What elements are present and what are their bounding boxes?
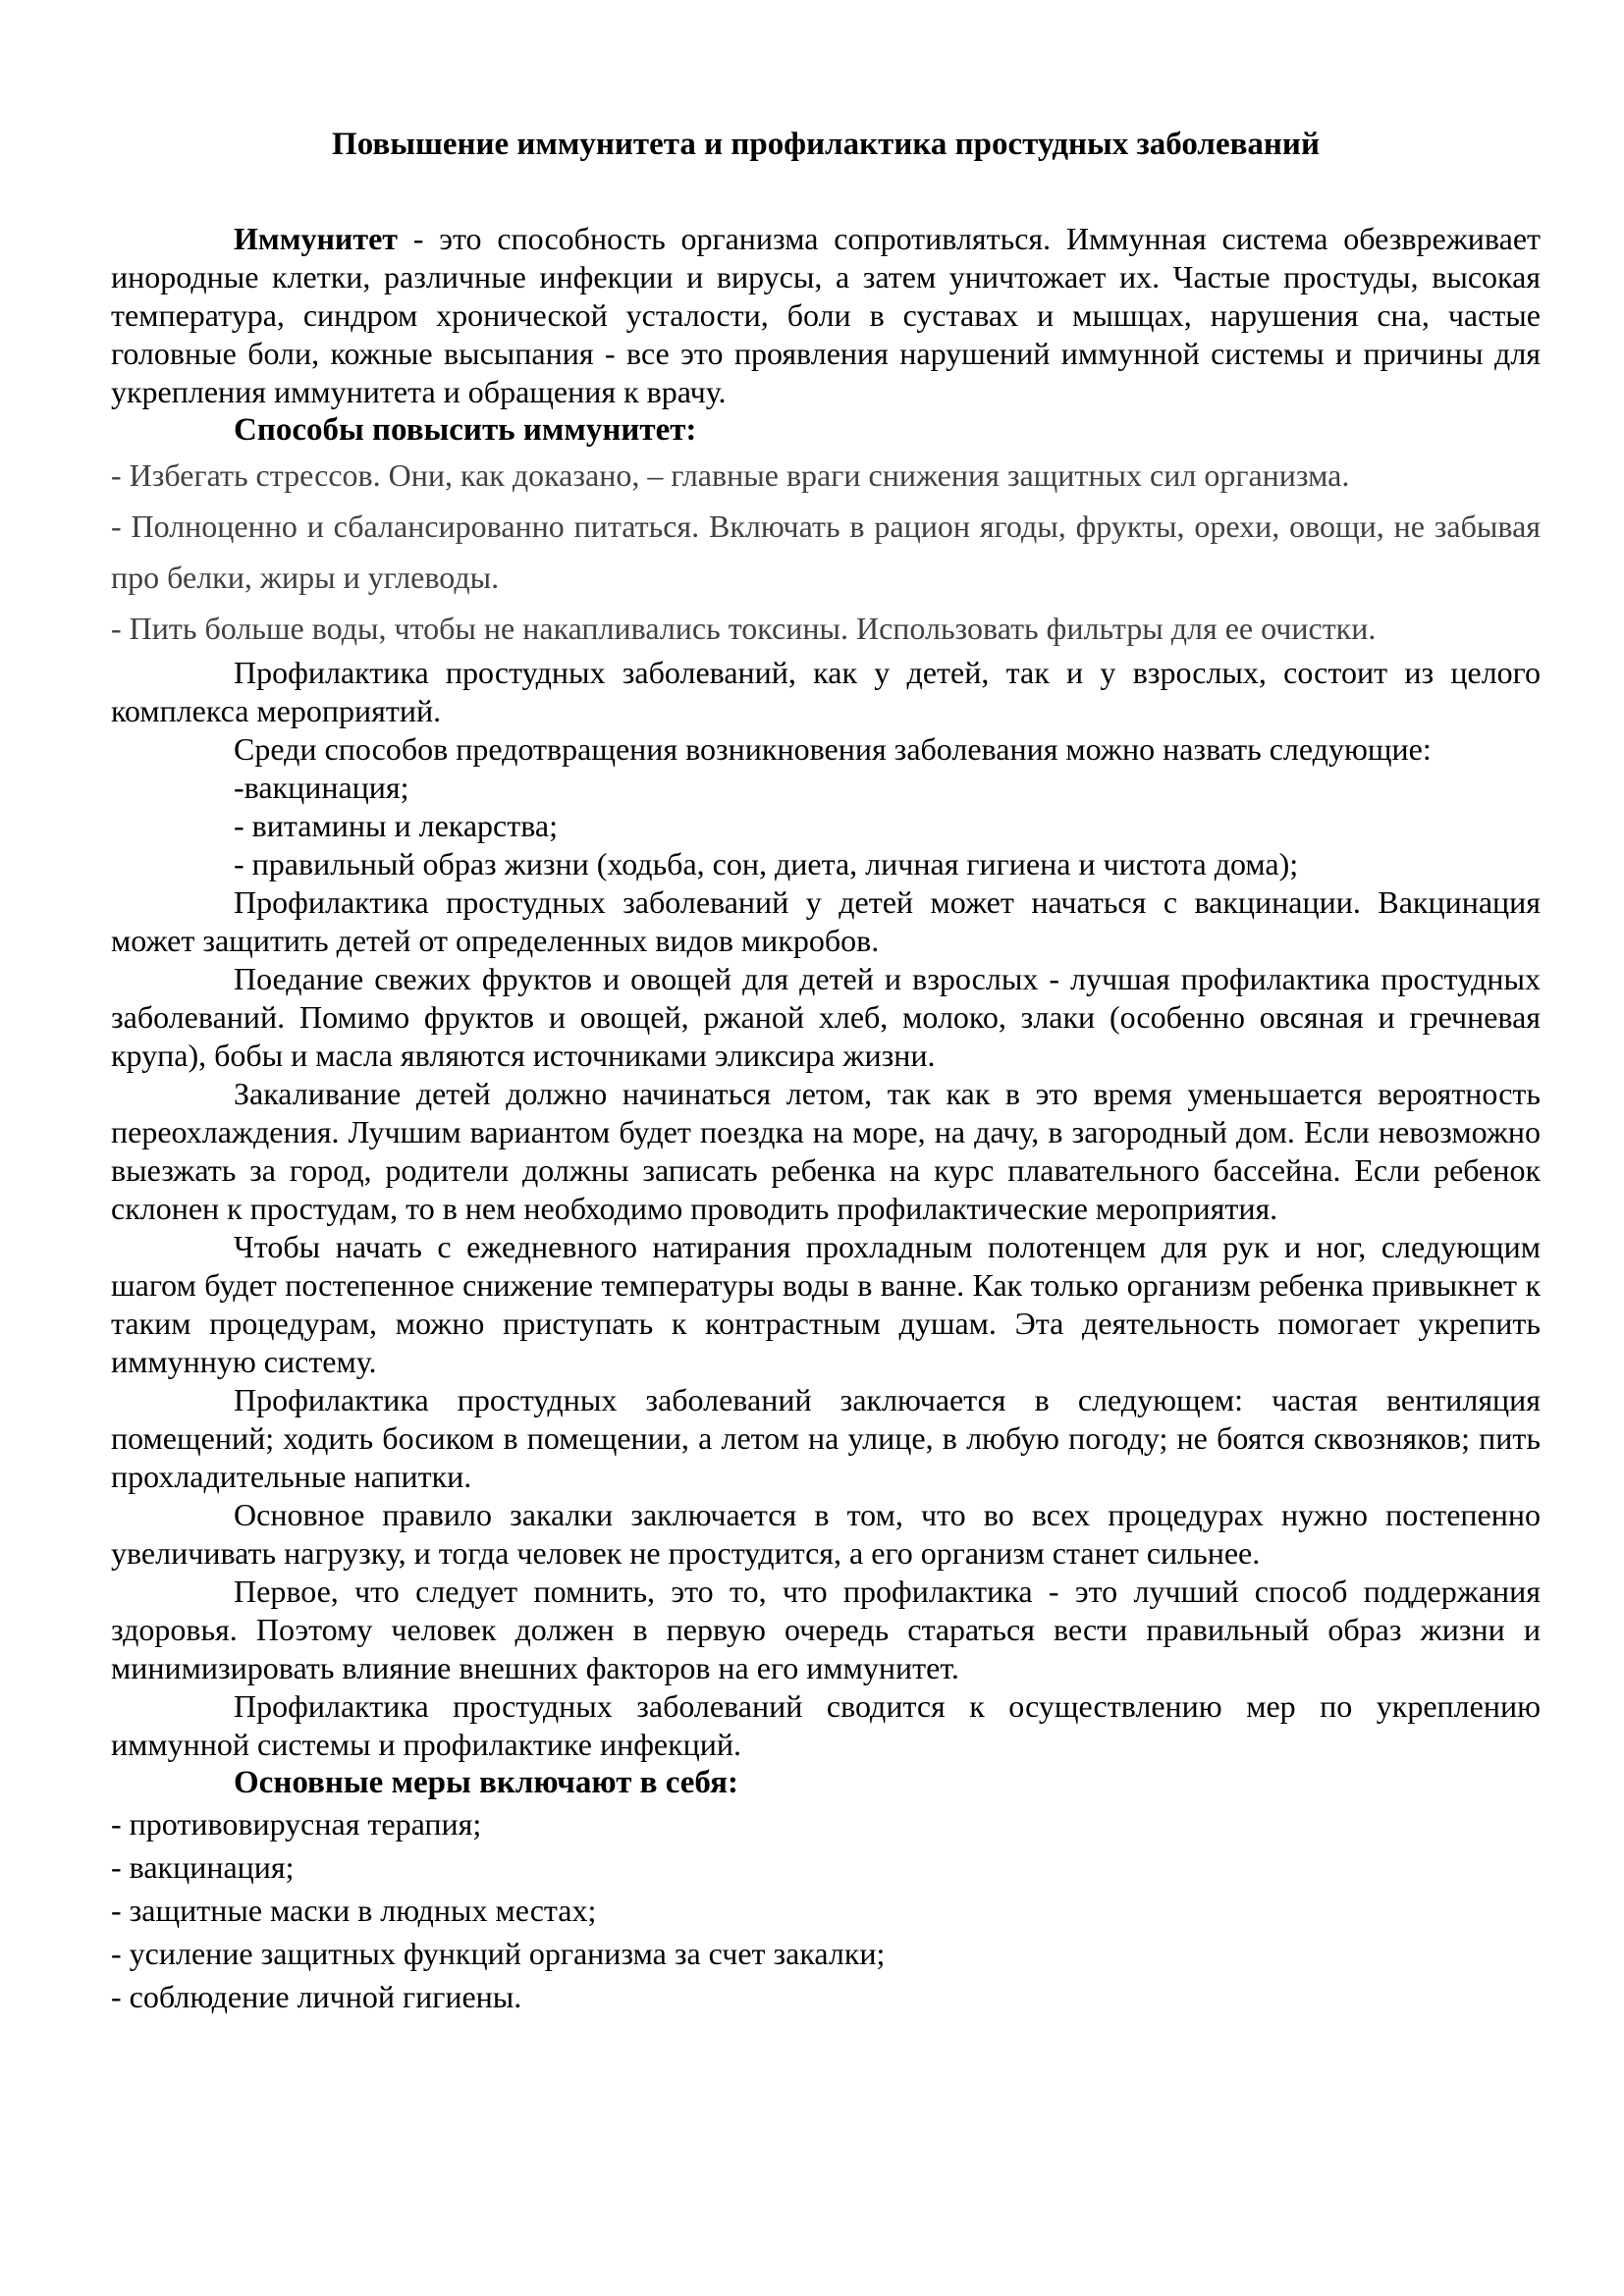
measures-list: - противовирусная терапия; - вакцинация;… bbox=[111, 1802, 1541, 2018]
list-item: - правильный образ жизни (ходьба, сон, д… bbox=[111, 845, 1541, 883]
list-item: - Пить больше воды, чтобы не накапливали… bbox=[111, 603, 1541, 654]
paragraph-ventilation: Профилактика простудных заболеваний закл… bbox=[111, 1381, 1541, 1496]
paragraph-prevention-methods: Среди способов предотвращения возникнове… bbox=[111, 730, 1541, 769]
list-item: -вакцинация; bbox=[111, 769, 1541, 807]
list-item: - Избегать стрессов. Они, как доказано, … bbox=[111, 450, 1541, 501]
document-page: Повышение иммунитета и профилактика прос… bbox=[0, 0, 1624, 2296]
methods-list: -вакцинация; - витамины и лекарства; - п… bbox=[111, 769, 1541, 883]
paragraph-towel-rubbing: Чтобы начать с ежедневного натирания про… bbox=[111, 1228, 1541, 1381]
heading-ways-to-boost-immunity: Способы повысить иммунитет: bbox=[111, 411, 1541, 450]
paragraph-first-to-remember: Первое, что следует помнить, это то, что… bbox=[111, 1573, 1541, 1687]
intro-lead-term: Иммунитет bbox=[234, 221, 398, 256]
list-item: - противовирусная терапия; bbox=[111, 1802, 1541, 1845]
heading-main-measures: Основные меры включают в себя: bbox=[111, 1764, 1541, 1802]
paragraph-complex-of-measures: Профилактика простудных заболеваний, как… bbox=[111, 654, 1541, 730]
paragraph-summary: Профилактика простудных заболеваний свод… bbox=[111, 1687, 1541, 1764]
ways-list: - Избегать стрессов. Они, как доказано, … bbox=[111, 450, 1541, 654]
paragraph-fresh-fruits: Поедание свежих фруктов и овощей для дет… bbox=[111, 960, 1541, 1075]
list-item: - Полноценно и сбалансированно питаться.… bbox=[111, 501, 1541, 603]
paragraph-intro: Иммунитет - это способность организма со… bbox=[111, 220, 1541, 411]
list-item: - вакцинация; bbox=[111, 1845, 1541, 1889]
page-title: Повышение иммунитета и профилактика прос… bbox=[111, 126, 1541, 164]
paragraph-main-rule: Основное правило закалки заключается в т… bbox=[111, 1496, 1541, 1573]
list-item: - усиление защитных функций организма за… bbox=[111, 1932, 1541, 1975]
list-item: - витамины и лекарства; bbox=[111, 807, 1541, 845]
list-item: - защитные маски в людных местах; bbox=[111, 1889, 1541, 1932]
paragraph-vaccination: Профилактика простудных заболеваний у де… bbox=[111, 883, 1541, 960]
list-item: - соблюдение личной гигиены. bbox=[111, 1975, 1541, 2018]
paragraph-hardening: Закаливание детей должно начинаться лето… bbox=[111, 1075, 1541, 1228]
